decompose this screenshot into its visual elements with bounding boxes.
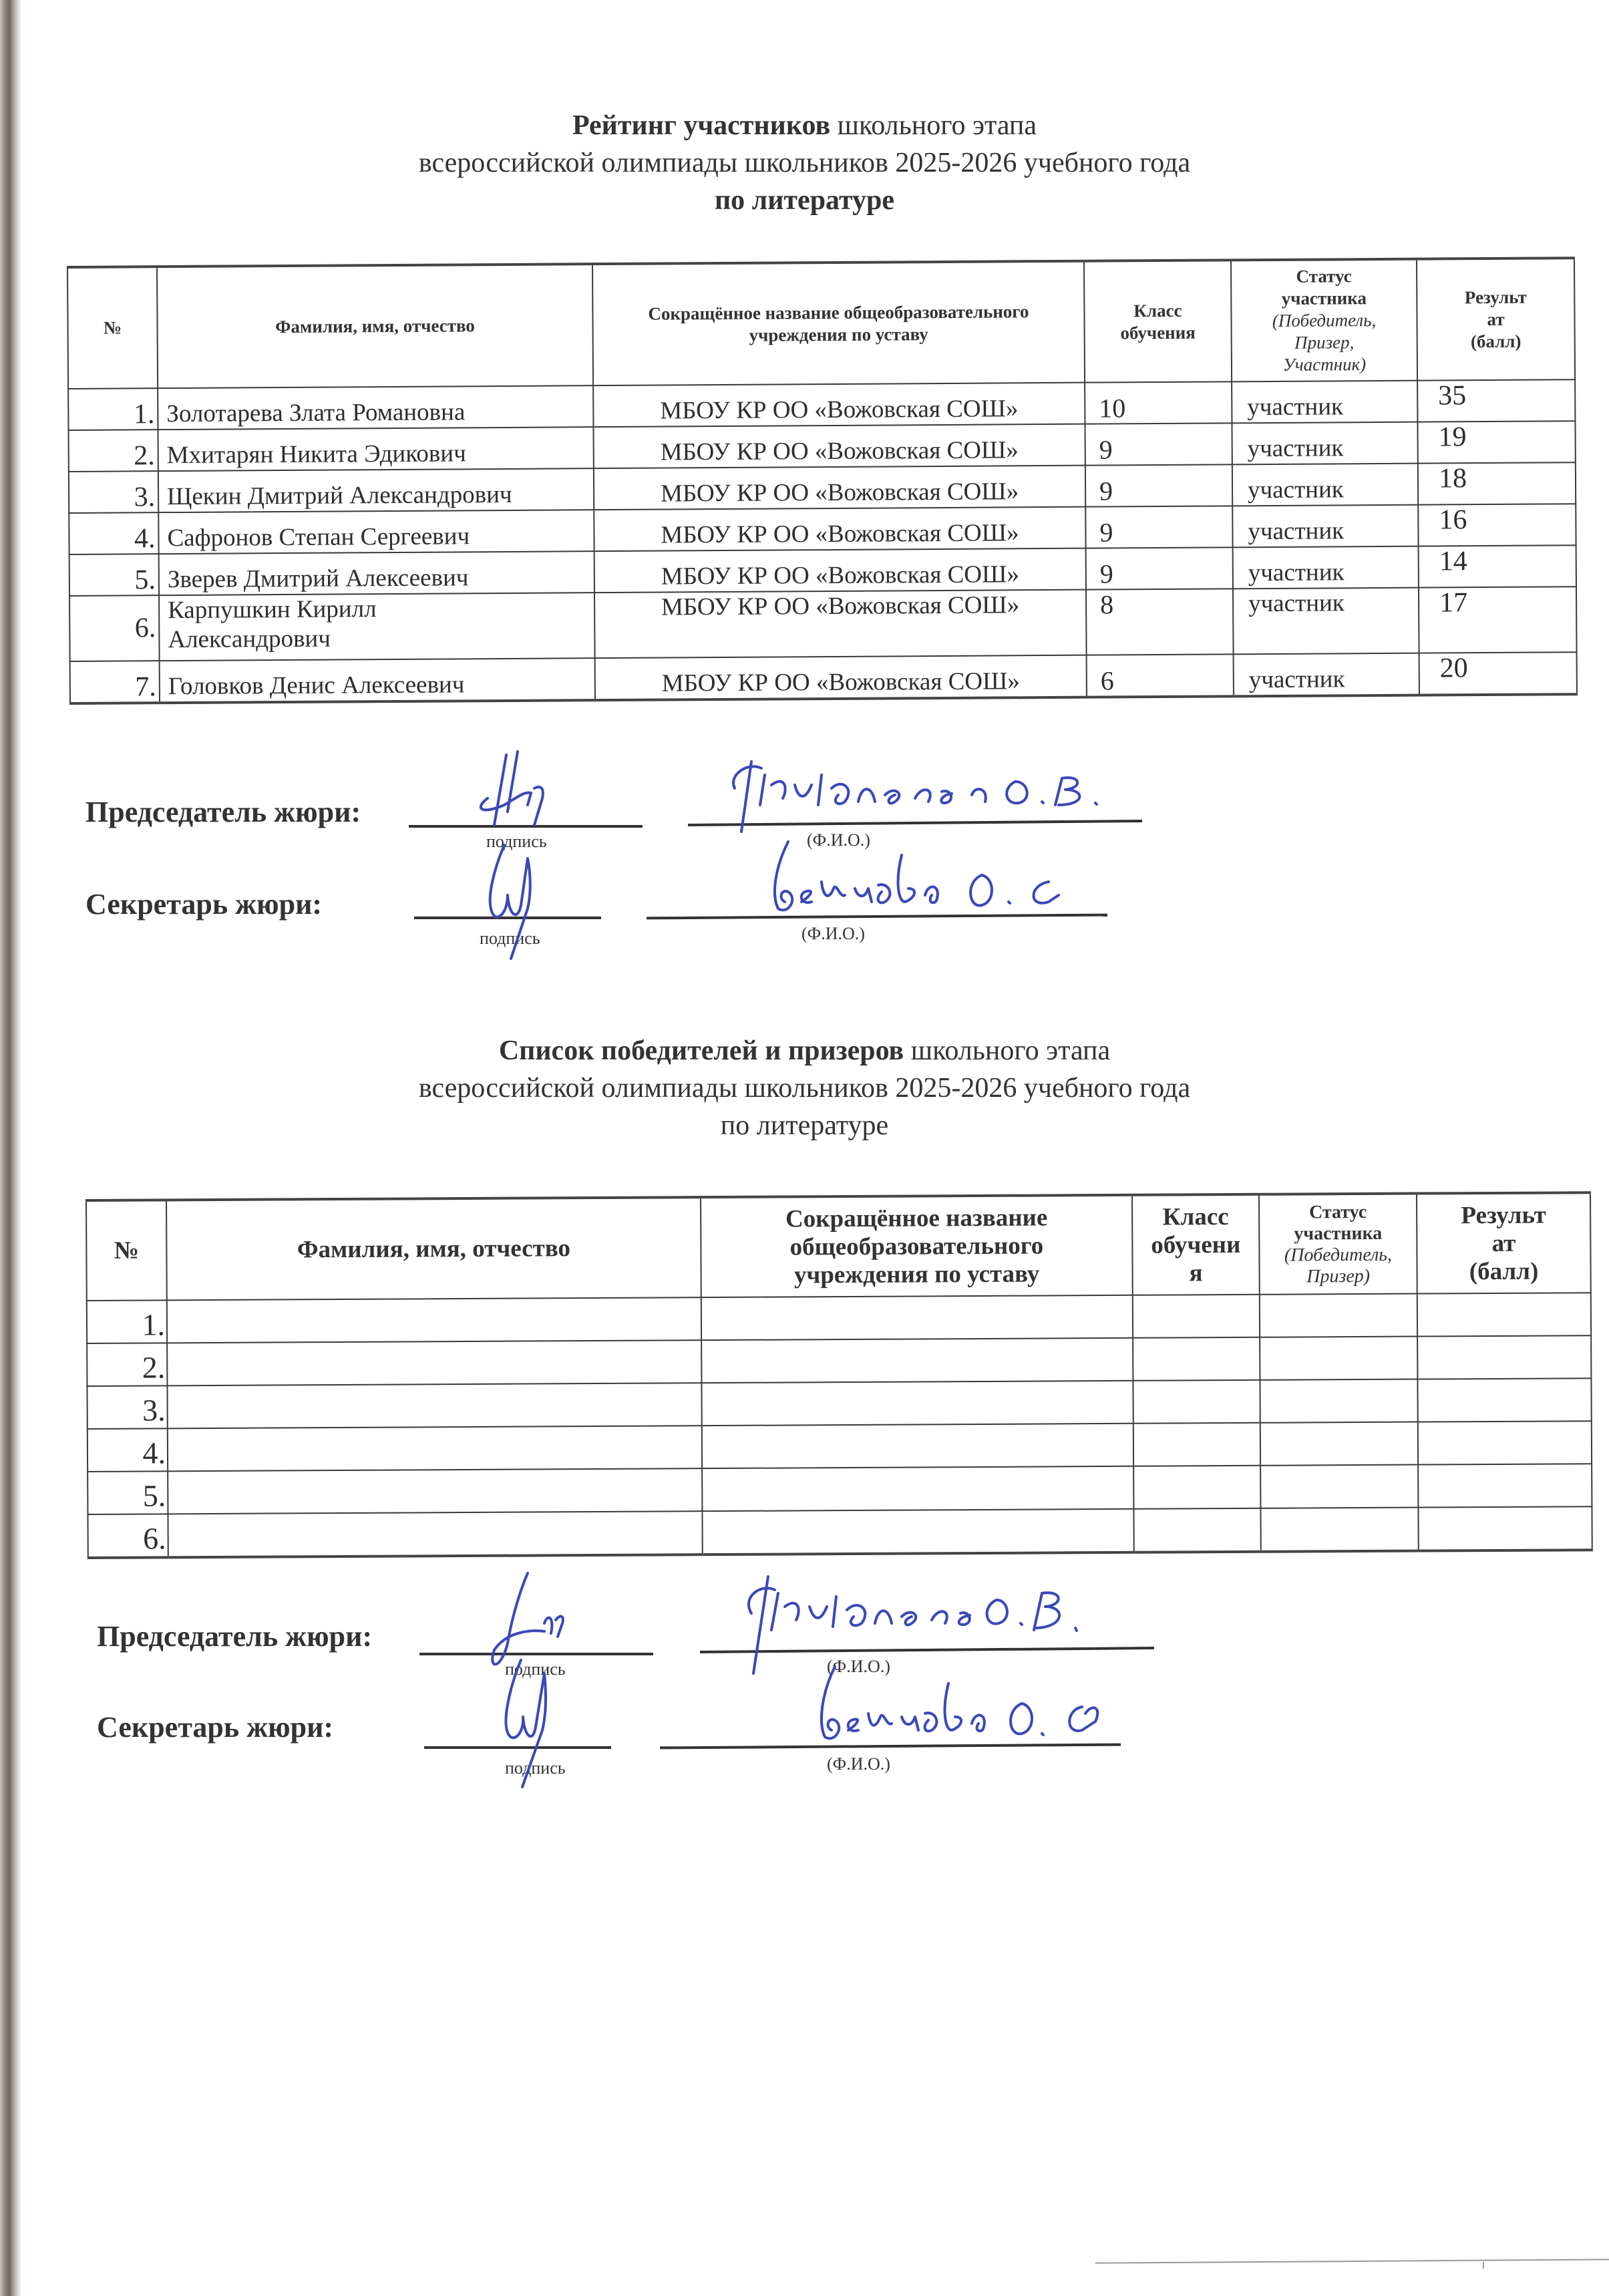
col-result: Результат(балл) <box>1417 1192 1591 1293</box>
rating-subject: по литературе <box>715 185 894 216</box>
status-cell[interactable] <box>1260 1337 1417 1380</box>
table-row: 7. Головков Денис Алексеевич МБОУ КР ОО … <box>70 652 1577 703</box>
grade-cell[interactable] <box>1133 1508 1260 1552</box>
table-row: 6. <box>87 1506 1592 1558</box>
secretary-label: Секретарь жюри: <box>97 1710 333 1744</box>
score-cell[interactable] <box>1418 1464 1592 1507</box>
rating-title-rest: школьного этапа <box>830 110 1037 141</box>
table-row: 3. <box>87 1378 1591 1429</box>
secretary-name-handwritten-icon <box>801 1660 1149 1754</box>
col-school: Сокращённое название общеобразовательног… <box>592 261 1085 385</box>
col-status: Статусучастника(Победитель, Призер) <box>1259 1194 1417 1295</box>
rating-table: № Фамилия, имя, отчество Сокращённое наз… <box>67 257 1578 705</box>
chair-name-handwritten-icon <box>721 748 1149 835</box>
fio-cell[interactable] <box>168 1468 702 1514</box>
school-cell[interactable] <box>702 1424 1133 1468</box>
chair-signature-icon <box>468 752 588 832</box>
status-cell[interactable] <box>1260 1465 1418 1508</box>
rating-heading: Рейтинг участников школьного этапа всеро… <box>0 107 1609 219</box>
fio-cell[interactable] <box>167 1340 701 1385</box>
rating-subtitle: всероссийской олимпиады школьников 2025-… <box>0 144 1609 182</box>
table-row: 5. <box>87 1464 1592 1514</box>
score-cell[interactable] <box>1418 1421 1592 1464</box>
winners-title-rest: школьного этапа <box>904 1035 1110 1066</box>
school-cell[interactable] <box>701 1295 1133 1340</box>
grade-cell[interactable] <box>1133 1423 1260 1466</box>
score-cell[interactable] <box>1417 1293 1591 1336</box>
fio-cell[interactable] <box>167 1297 701 1343</box>
winners-heading: Список победителей и призеров школьного … <box>0 1032 1609 1144</box>
status-cell[interactable] <box>1260 1422 1418 1466</box>
fio-cell[interactable] <box>167 1383 701 1428</box>
table-row: 6. Карпушкин Кирилл Александрович МБОУ К… <box>69 587 1577 661</box>
school-cell[interactable] <box>701 1381 1133 1426</box>
col-fio: Фамилия, имя, отчество <box>166 1197 701 1300</box>
scan-edge <box>0 0 21 2296</box>
winners-table: № Фамилия, имя, отчество Сокращённое наз… <box>85 1191 1593 1559</box>
score-cell[interactable] <box>1418 1506 1592 1550</box>
status-cell[interactable] <box>1260 1379 1417 1423</box>
secretary-fio-caption: (Ф.И.О.) <box>801 924 865 944</box>
rating-signatures: Председатель жюри: подпись (Ф.И.О.) Секр… <box>0 768 1609 969</box>
col-grade: Классобучения <box>1084 260 1232 382</box>
school-cell[interactable] <box>702 1509 1133 1554</box>
winners-title-bold: Список победителей и призеров <box>499 1035 904 1066</box>
grade-cell[interactable] <box>1133 1466 1260 1509</box>
rating-title-bold: Рейтинг участников <box>572 110 830 141</box>
grade-cell[interactable] <box>1133 1337 1260 1381</box>
col-num: № <box>86 1200 167 1301</box>
secretary-fio-caption: (Ф.И.О.) <box>827 1754 890 1774</box>
table-row: 4. <box>87 1421 1592 1472</box>
winners-signatures: Председатель жюри: подпись (Ф.И.О.) Секр… <box>0 1603 1609 1804</box>
secretary-signature-icon <box>468 842 561 962</box>
chair-label: Председатель жюри: <box>85 795 361 829</box>
grade-cell[interactable] <box>1133 1295 1260 1338</box>
col-school: Сокращённое названиеобщеобразовательного… <box>701 1195 1133 1297</box>
fio-cell[interactable] <box>168 1511 702 1557</box>
fio-cell[interactable] <box>168 1426 702 1471</box>
school-cell[interactable] <box>702 1466 1133 1511</box>
chair-label: Председатель жюри: <box>97 1619 372 1653</box>
score-cell[interactable] <box>1417 1378 1591 1422</box>
col-fio: Фамилия, имя, отчество <box>157 264 593 388</box>
secretary-label: Секретарь жюри: <box>85 887 322 921</box>
winners-subtitle: всероссийской олимпиады школьников 2025-… <box>0 1070 1609 1107</box>
secretary-name-handwritten-icon <box>761 835 1135 922</box>
col-result: Результат(балл) <box>1417 258 1575 380</box>
bottom-tick <box>1483 2262 1484 2269</box>
grade-cell[interactable] <box>1133 1380 1260 1424</box>
col-grade: Классобучения <box>1132 1194 1260 1295</box>
winners-subject: по литературе <box>0 1107 1609 1144</box>
col-num: № <box>67 267 158 389</box>
bottom-rule <box>1095 2259 1609 2263</box>
school-cell[interactable] <box>701 1338 1133 1383</box>
status-cell[interactable] <box>1260 1294 1417 1337</box>
secretary-signature-icon <box>481 1657 574 1790</box>
table-row: 2. <box>87 1335 1591 1386</box>
score-cell[interactable] <box>1417 1335 1591 1379</box>
col-status: Статусучастника(Победитель, Призер, Учас… <box>1231 259 1417 382</box>
status-cell[interactable] <box>1260 1508 1418 1552</box>
table-row: 1. <box>87 1293 1591 1343</box>
